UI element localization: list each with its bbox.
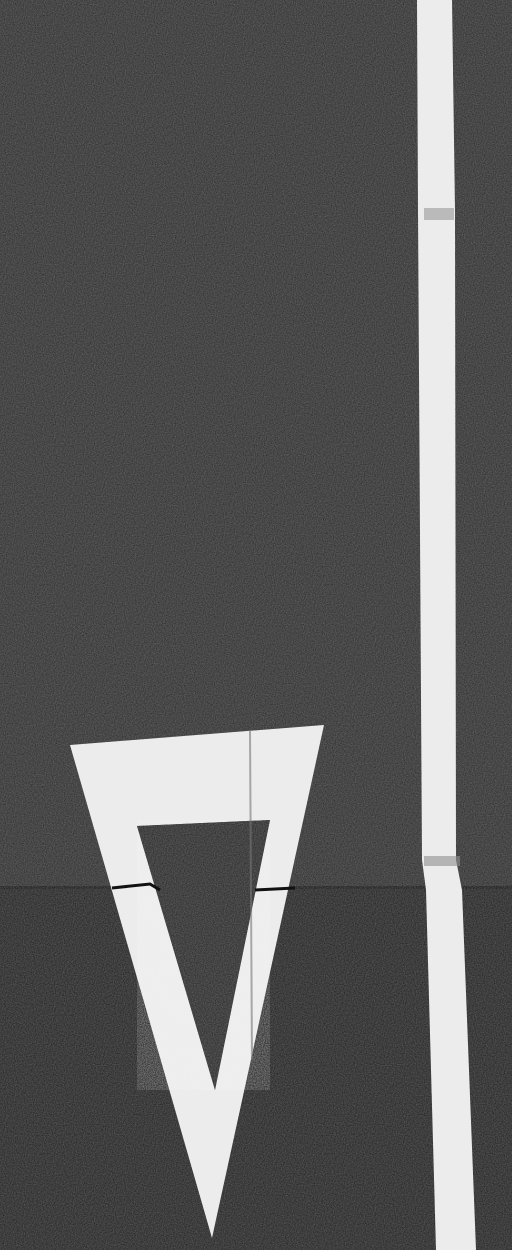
markings-layer bbox=[0, 0, 512, 1250]
lane-line-wear bbox=[424, 856, 460, 866]
lane-line-wear bbox=[424, 208, 454, 220]
road-surface-scene bbox=[0, 0, 512, 1250]
crack-mark bbox=[255, 888, 295, 890]
